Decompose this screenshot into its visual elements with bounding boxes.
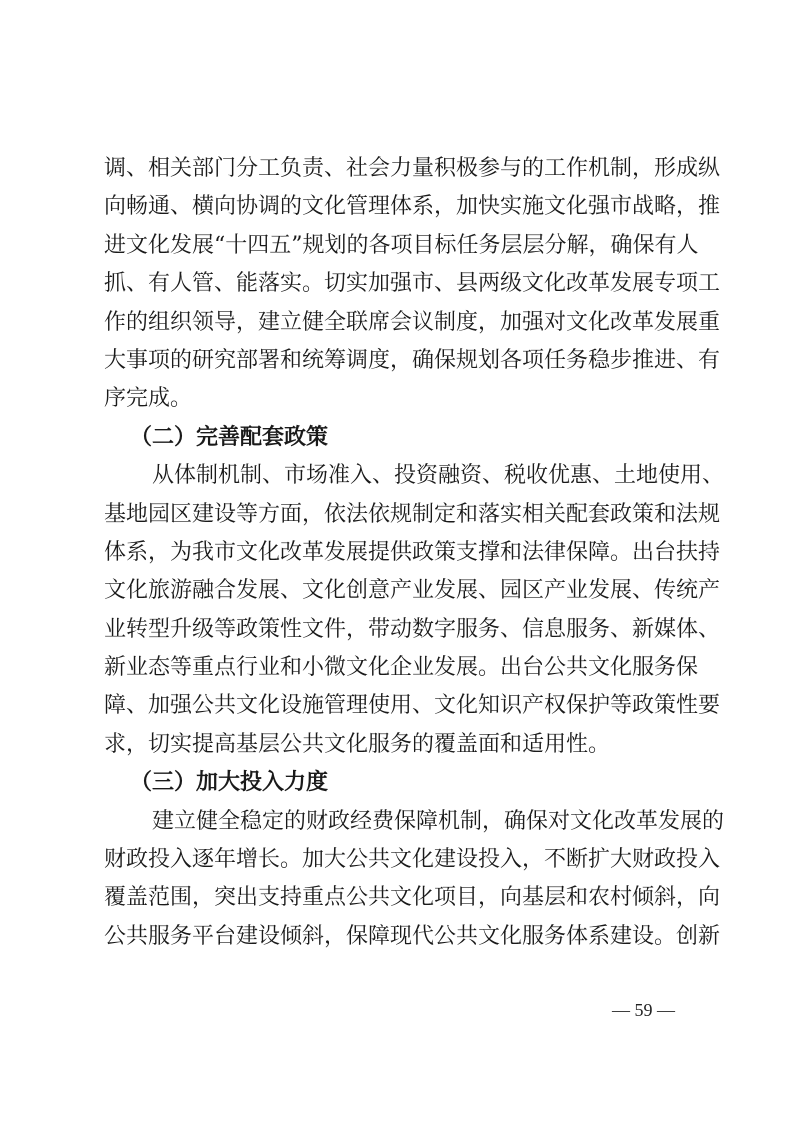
body-line: 求，切实提高基层公共文化服务的覆盖面和适用性。 (104, 726, 692, 764)
body-line: 文化旅游融合发展、文化创意产业发展、园区产业发展、传统产 (104, 572, 692, 610)
body-line: 体系，为我市文化改革发展提供政策支撑和法律保障。出台扶持 (104, 534, 692, 572)
body-line: 覆盖范围，突出支持重点公共文化项目，向基层和农村倾斜，向 (104, 879, 692, 917)
document-page: 调、相关部门分工负责、社会力量积极参与的工作机制，形成纵 向畅通、横向协调的文化… (104, 150, 692, 956)
body-line: 财政投入逐年增长。加大公共文化建设投入，不断扩大财政投入 (104, 841, 692, 879)
body-line: 大事项的研究部署和统筹调度，确保规划各项任务稳步推进、有 (104, 342, 692, 380)
body-line: 向畅通、横向协调的文化管理体系，加快实施文化强市战略，推 (104, 188, 692, 226)
body-line: 进文化发展“十四五”规划的各项目标任务层层分解，确保有人 (104, 227, 692, 265)
section-heading-2: （二）完善配套政策 (104, 419, 692, 457)
page-number: — 59 — (612, 1000, 675, 1021)
body-line: 抓、有人管、能落实。切实加强市、县两级文化改革发展专项工 (104, 265, 692, 303)
body-line: 调、相关部门分工负责、社会力量积极参与的工作机制，形成纵 (104, 150, 692, 188)
body-line: 作的组织领导，建立健全联席会议制度，加强对文化改革发展重 (104, 304, 692, 342)
body-line: 建立健全稳定的财政经费保障机制，确保对文化改革发展的 (104, 803, 692, 841)
body-line: 序完成。 (104, 380, 692, 418)
body-line: 新业态等重点行业和小微文化企业发展。出台公共文化服务保 (104, 649, 692, 687)
body-line: 基地园区建设等方面，依法依规制定和落实相关配套政策和法规 (104, 496, 692, 534)
body-line: 从体制机制、市场准入、投资融资、税收优惠、土地使用、 (104, 457, 692, 495)
section-heading-3: （三）加大投入力度 (104, 764, 692, 802)
body-line: 公共服务平台建设倾斜，保障现代公共文化服务体系建设。创新 (104, 918, 692, 956)
body-line: 障、加强公共文化设施管理使用、文化知识产权保护等政策性要 (104, 687, 692, 725)
body-line: 业转型升级等政策性文件，带动数字服务、信息服务、新媒体、 (104, 611, 692, 649)
